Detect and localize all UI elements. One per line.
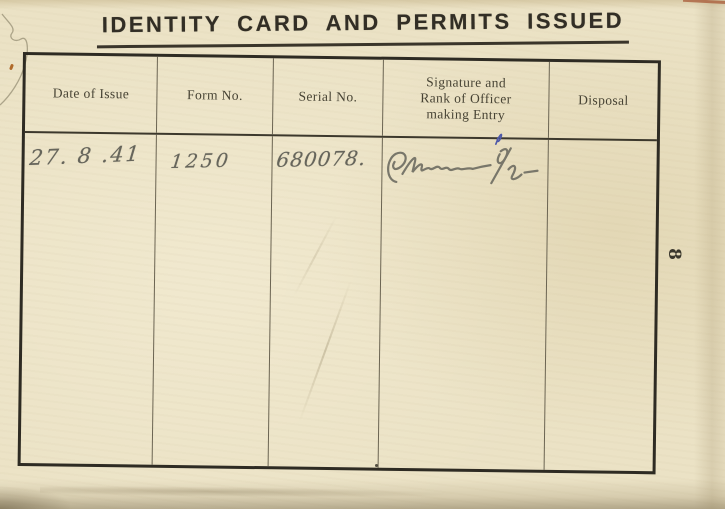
header-cell-signature: Signature and Rank of Officer making Ent… [383, 60, 550, 138]
cell-date-of-issue: 27. 8 .41 [21, 133, 157, 465]
permits-table: Date of Issue Form No. Serial No. Signat… [18, 52, 661, 474]
header-label-line: Rank of Officer [420, 90, 511, 107]
bottom-smudge [40, 485, 460, 499]
header-cell-disposal: Disposal [549, 62, 658, 139]
header-label: Disposal [578, 92, 629, 109]
cell-signature [379, 138, 549, 470]
handwritten-serial-no: 680078. [275, 146, 368, 172]
header-label: Date of Issue [53, 85, 130, 102]
header-cell-date-of-issue: Date of Issue [25, 55, 158, 133]
header-cell-form-no: Form No. [157, 57, 274, 135]
handwritten-date: 27. 8 .41 [28, 142, 142, 170]
page-title: IDENTITY CARD AND PERMITS ISSUED [101, 8, 624, 38]
scanned-page: IDENTITY CARD AND PERMITS ISSUED Date of… [0, 0, 725, 509]
header-label-line: Signature and [426, 74, 506, 91]
table-body-row: 27. 8 .41 1250 680078. [21, 133, 657, 471]
header-label-line: making Entry [426, 106, 505, 123]
page-number: 8 [664, 248, 684, 260]
cell-serial-no: 680078. [269, 136, 383, 467]
ink-speck [375, 464, 378, 467]
cell-disposal [545, 140, 657, 471]
cell-form-no: 1250 [153, 135, 273, 466]
header-cell-serial-no: Serial No. [273, 58, 384, 135]
page-title-underline: IDENTITY CARD AND PERMITS ISSUED [96, 8, 629, 49]
handwritten-form-no: 1250 [169, 150, 232, 173]
scan-edge-artifact [683, 0, 725, 4]
header-label: Serial No. [298, 89, 357, 106]
officer-signature [380, 140, 545, 200]
table-header-row: Date of Issue Form No. Serial No. Signat… [25, 55, 658, 141]
corner-shadow [0, 487, 70, 509]
header-label: Form No. [187, 87, 243, 104]
